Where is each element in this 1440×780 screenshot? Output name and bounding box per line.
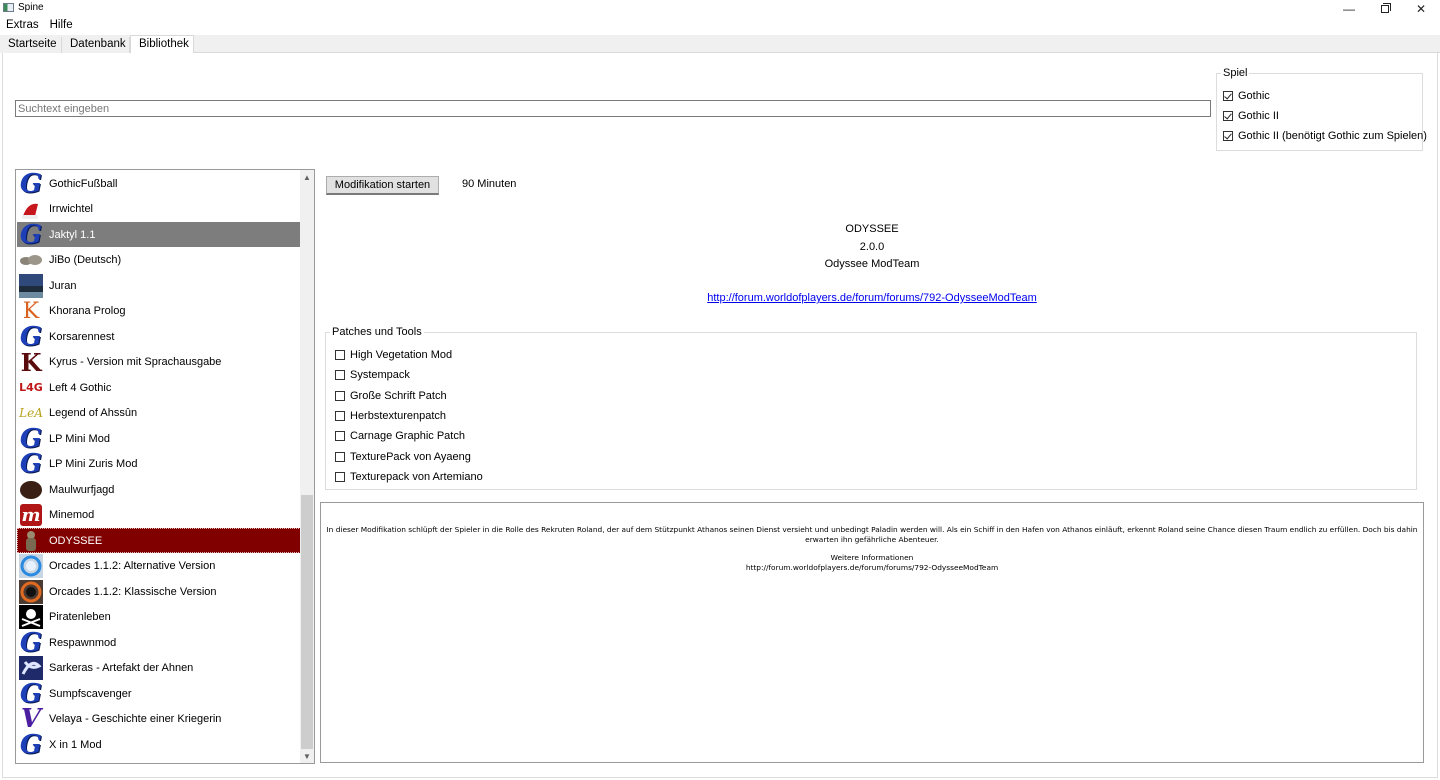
gothic-g-icon: G (19, 733, 43, 757)
scroll-thumb[interactable] (301, 495, 313, 749)
l4g-icon: L4G (19, 376, 43, 400)
mod-team: Odyssee ModTeam (320, 258, 1424, 270)
checkbox-unchecked-icon[interactable] (335, 431, 345, 441)
mod-list-item[interactable]: Sarkeras - Artefakt der Ahnen (17, 656, 301, 681)
menu-bar: Extras Hilfe (0, 17, 1440, 35)
game-filter-group: Spiel Gothic Gothic II Gothic II (benöti… (1216, 73, 1423, 151)
mole-icon (19, 478, 43, 502)
swirl-icon (19, 656, 43, 680)
checkbox-unchecked-icon[interactable] (335, 370, 345, 380)
mod-list-item-label: LP Mini Zuris Mod (49, 458, 137, 470)
mod-list-item[interactable]: VVelaya - Geschichte einer Kriegerin (17, 707, 301, 732)
patch-label: Carnage Graphic Patch (350, 430, 465, 442)
mod-list-item[interactable]: Irrwichtel (17, 197, 301, 222)
patches-group: Patches und Tools High Vegetation ModSys… (325, 332, 1417, 490)
mod-list-item[interactable]: ODYSSEE (17, 528, 301, 553)
mod-list-item[interactable]: Juran (17, 273, 301, 298)
santa-hat-icon (19, 197, 43, 221)
minimize-icon: — (1343, 2, 1355, 16)
more-info-label: Weitere Informationen (325, 553, 1419, 563)
gothic-g-icon: G (19, 427, 43, 451)
gothic-g-icon: G (19, 631, 43, 655)
patch-label: Große Schrift Patch (350, 390, 447, 402)
mod-list-item-label: Sumpfscavenger (49, 688, 132, 700)
mod-list-item-label: Kyrus - Version mit Sprachausgabe (49, 356, 221, 368)
loa-icon: LeA (19, 401, 43, 425)
checkbox-checked-icon[interactable] (1223, 111, 1233, 121)
checkbox-unchecked-icon[interactable] (335, 411, 345, 421)
mod-list-item-label: Juran (49, 280, 77, 292)
more-info-link[interactable]: http://forum.worldofplayers.de/forum/for… (325, 563, 1419, 573)
mod-list-item[interactable]: JiBo (Deutsch) (17, 248, 301, 273)
patch-label: Texturepack von Artemiano (350, 471, 483, 483)
window-title: Spine (18, 2, 44, 13)
mod-list-item-label: Legend of Ahssûn (49, 407, 137, 419)
mod-list-item[interactable]: GKorsarennest (17, 324, 301, 349)
checkbox-checked-icon[interactable] (1223, 131, 1233, 141)
mod-list-item-label: Piratenleben (49, 611, 111, 623)
mod-list-item[interactable]: GLP Mini Mod (17, 426, 301, 451)
letter-k-orange-icon: K (19, 299, 43, 323)
letter-k-darkred-icon: K (19, 350, 43, 374)
landscape-icon (19, 274, 43, 298)
title-bar: Spine — ✕ (0, 0, 1440, 17)
tab-datenbank[interactable]: Datenbank (62, 37, 130, 53)
patch-label: Herbstexturenpatch (350, 410, 446, 422)
scroll-down-icon[interactable]: ▼ (300, 749, 314, 763)
checkbox-checked-icon[interactable] (1223, 91, 1233, 101)
patch-label: Systempack (350, 369, 410, 381)
mod-list-item-label: Khorana Prolog (49, 305, 125, 317)
filter-label: Gothic (1238, 90, 1270, 102)
letter-m-icon: m (19, 503, 43, 527)
filter-gothic[interactable]: Gothic (1223, 90, 1270, 102)
statue-icon (19, 529, 43, 553)
description-box: In dieser Modifikation schlüpft der Spie… (320, 502, 1424, 763)
mod-list-item[interactable]: L4GLeft 4 Gothic (17, 375, 301, 400)
mod-list-item-label: Irrwichtel (49, 203, 93, 215)
close-icon: ✕ (1416, 2, 1426, 16)
gothic-g-icon: G (19, 223, 43, 247)
gothic-g-icon: G (19, 452, 43, 476)
mod-list-item-label: Maulwurfjagd (49, 484, 114, 496)
gothic-g-icon: G (19, 172, 43, 196)
letter-v-icon: V (19, 707, 43, 731)
mod-list-item-label: Sarkeras - Artefakt der Ahnen (49, 662, 193, 674)
mod-list-item[interactable]: KKhorana Prolog (17, 299, 301, 324)
close-button[interactable]: ✕ (1406, 0, 1436, 17)
mod-list-item-label: Korsarennest (49, 331, 114, 343)
patch-label: High Vegetation Mod (350, 349, 452, 361)
minimize-button[interactable]: — (1334, 0, 1364, 17)
patch-option[interactable]: Systempack (335, 369, 410, 381)
description-text: In dieser Modifikation schlüpft der Spie… (325, 525, 1419, 545)
game-filter-title: Spiel (1221, 67, 1249, 79)
mod-list-item-label: ODYSSEE (49, 535, 102, 547)
filter-label: Gothic II (benötigt Gothic zum Spielen) (1238, 130, 1427, 142)
orb-blue-icon (19, 554, 43, 578)
mod-list-item[interactable]: KKyrus - Version mit Sprachausgabe (17, 350, 301, 375)
mod-list-item[interactable]: Maulwurfjagd (17, 477, 301, 502)
patch-option[interactable]: Carnage Graphic Patch (335, 430, 465, 442)
patch-option[interactable]: Herbstexturenpatch (335, 410, 446, 422)
mod-list-item-label: X in 1 Mod (49, 739, 102, 751)
maximize-button[interactable] (1370, 0, 1400, 17)
tab-startseite[interactable]: Startseite (0, 37, 62, 53)
orb-orange-icon (19, 580, 43, 604)
checkbox-unchecked-icon[interactable] (335, 350, 345, 360)
mod-list-item[interactable]: GLP Mini Zuris Mod (17, 452, 301, 477)
checkbox-unchecked-icon[interactable] (335, 452, 345, 462)
app-icon (3, 3, 14, 12)
mod-list-item[interactable]: GX in 1 Mod (17, 732, 301, 757)
mod-list-scrollbar[interactable]: ▲ ▼ (300, 170, 314, 763)
tab-bibliothek[interactable]: Bibliothek (130, 35, 194, 54)
mod-list-item[interactable]: GJaktyl 1.1 (17, 222, 301, 247)
mod-list-item[interactable]: Orcades 1.1.2: Alternative Version (17, 554, 301, 579)
skull-icon (19, 605, 43, 629)
patches-title: Patches und Tools (330, 326, 424, 338)
mod-list-item-label: Minemod (49, 509, 94, 521)
mod-list-item[interactable]: Piratenleben (17, 605, 301, 630)
mod-list-item[interactable]: GRespawnmod (17, 630, 301, 655)
menu-hilfe[interactable]: Hilfe (44, 17, 78, 35)
mod-name: ODYSSEE (320, 223, 1424, 235)
patch-option[interactable]: Texturepack von Artemiano (335, 471, 483, 483)
mod-list[interactable]: GGothicFußballIrrwichtelGJaktyl 1.1JiBo … (15, 169, 315, 764)
rocks-icon (19, 248, 43, 272)
playtime-label: 90 Minuten (462, 178, 516, 190)
patch-option[interactable]: Große Schrift Patch (335, 390, 447, 402)
mod-list-item-label: Orcades 1.1.2: Klassische Version (49, 586, 217, 598)
filter-gothic-2-requires-gothic[interactable]: Gothic II (benötigt Gothic zum Spielen) (1223, 130, 1427, 142)
patch-label: TexturePack von Ayaeng (350, 451, 471, 463)
mod-list-item-label: Jaktyl 1.1 (49, 229, 95, 241)
mod-list-item-label: Respawnmod (49, 637, 116, 649)
mod-list-item[interactable]: GSumpfscavenger (17, 681, 301, 706)
mod-list-item-label: Left 4 Gothic (49, 382, 111, 394)
mod-list-item[interactable]: GGothicFußball (17, 171, 301, 196)
mod-forum-link[interactable]: http://forum.worldofplayers.de/forum/for… (707, 292, 1037, 304)
tab-bar: Startseite Datenbank Bibliothek (0, 35, 1440, 53)
mod-list-item-label: Velaya - Geschichte einer Kriegerin (49, 713, 221, 725)
mod-list-item[interactable]: mMinemod (17, 503, 301, 528)
search-input[interactable] (15, 100, 1211, 117)
filter-label: Gothic II (1238, 110, 1279, 122)
mod-version: 2.0.0 (320, 241, 1424, 253)
gothic-g-icon: G (19, 325, 43, 349)
scroll-up-icon[interactable]: ▲ (300, 170, 314, 184)
restore-icon (1381, 5, 1389, 13)
patch-option[interactable]: TexturePack von Ayaeng (335, 451, 471, 463)
mod-list-item[interactable]: Orcades 1.1.2: Klassische Version (17, 579, 301, 604)
gothic-g-icon: G (19, 682, 43, 706)
mod-list-item-label: JiBo (Deutsch) (49, 254, 121, 266)
filter-gothic-2[interactable]: Gothic II (1223, 110, 1279, 122)
checkbox-unchecked-icon[interactable] (335, 391, 345, 401)
checkbox-unchecked-icon[interactable] (335, 472, 345, 482)
mod-list-item-label: GothicFußball (49, 178, 117, 190)
start-mod-button[interactable]: Modifikation starten (326, 176, 439, 195)
patch-option[interactable]: High Vegetation Mod (335, 349, 452, 361)
mod-list-item[interactable]: LeALegend of Ahssûn (17, 401, 301, 426)
mod-list-item-label: LP Mini Mod (49, 433, 110, 445)
menu-extras[interactable]: Extras (0, 17, 44, 35)
mod-list-item-label: Orcades 1.1.2: Alternative Version (49, 560, 215, 572)
